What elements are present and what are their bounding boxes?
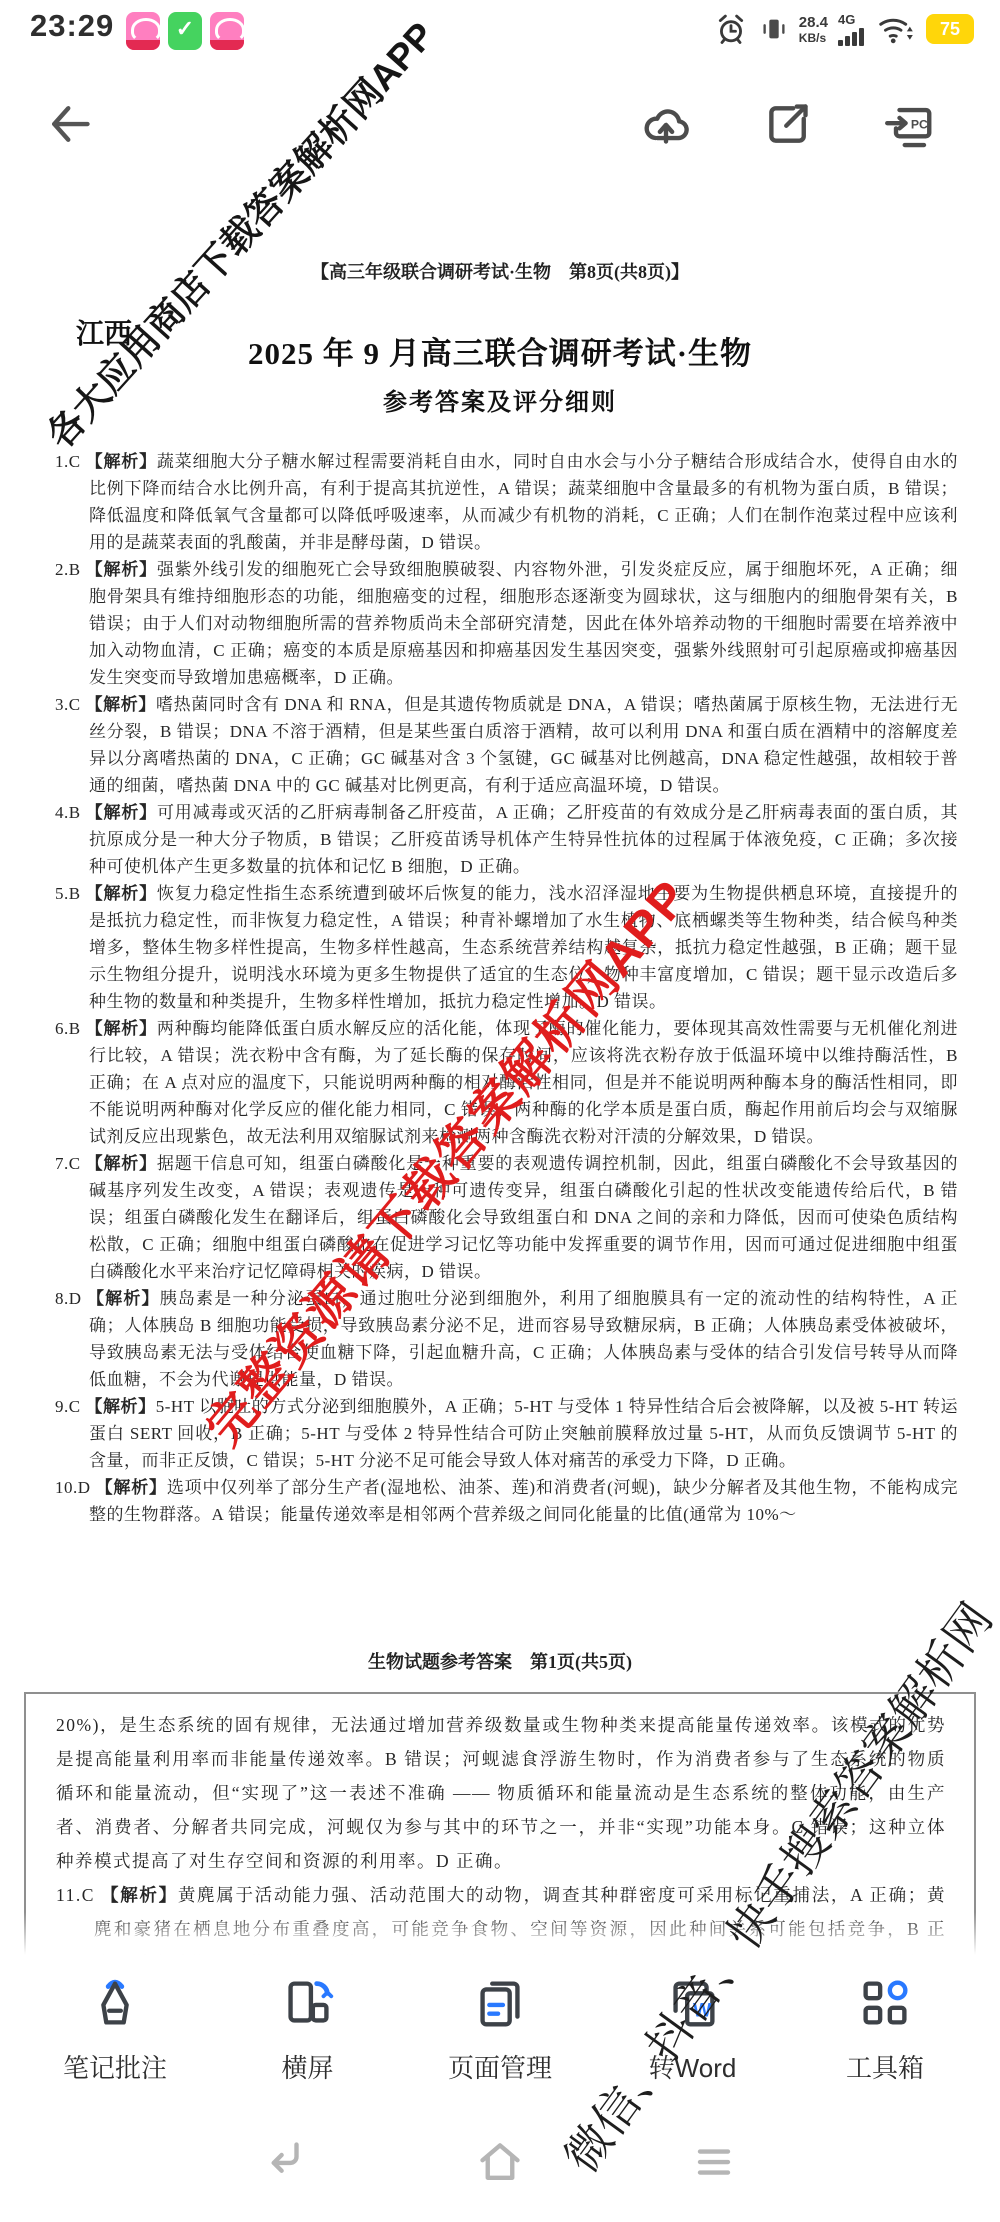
answer-continuation: 20%)，是生态系统的固有规律，无法通过增加营养级数量或生物种类来提高能量传递效… <box>56 1708 946 1878</box>
icon-banner <box>126 40 160 50</box>
answer-item: 3.C 【解析】嗜热菌同时含有 DNA 和 RNA，但是其遗传物质就是 DNA，… <box>55 691 958 799</box>
answer-body: 嗜热菌同时含有 DNA 和 RNA，但是其遗传物质就是 DNA，A 错误；嗜热菌… <box>89 695 958 795</box>
answer-body: 可用减毒或灭活的乙肝病毒制备乙肝疫苗，A 正确；乙肝疫苗的有效成分是乙肝病毒表面… <box>89 803 958 876</box>
cellular-indicator: 4G <box>838 13 864 46</box>
page-manage-button[interactable]: 页面管理 <box>425 1972 575 2110</box>
reader-toolbar: PC <box>0 78 1000 178</box>
wifi-icon <box>874 10 916 48</box>
toolbox-button[interactable]: 工具箱 <box>810 1972 960 2110</box>
answer-label: 【解析】 <box>96 1478 167 1497</box>
network-type: 4G <box>838 13 855 26</box>
alarm-icon <box>713 10 749 48</box>
answer-head: 2.B <box>55 560 81 579</box>
answer-label: 【解析】 <box>86 884 157 903</box>
network-speed: 28.4 KB/s <box>799 15 828 44</box>
battery-icon: 75 <box>926 14 974 44</box>
page1-footer: 生物试题参考答案 第1页(共5页) <box>0 1648 1000 1674</box>
answer-label: 【解析】 <box>86 560 157 579</box>
bottom-toolbar: 笔记批注 横屏 页面管理 <box>0 1958 1000 2110</box>
answer-body: 蔬菜细胞大分子糖水解过程需要消耗自由水，同时自由水会与小分子糖结合形成结合水，使… <box>89 452 958 552</box>
speed-value: 28.4 <box>799 15 828 30</box>
answer-item: 9.C 【解析】5-HT 以胞吐的方式分泌到细胞膜外，A 正确；5-HT 与受体… <box>55 1393 958 1474</box>
answer-head: 4.B <box>55 803 81 822</box>
answer-item: 2.B 【解析】强紫外线引发的细胞死亡会导致细胞膜破裂、内容物外泄，引发炎症反应… <box>55 556 958 691</box>
rotate-screen-icon <box>277 1972 339 2034</box>
send-to-pc-icon[interactable]: PC <box>882 96 938 152</box>
notification-app-icon <box>126 12 160 50</box>
answer-head: 11.C <box>56 1885 95 1905</box>
page-header: 【高三年级联合调研考试·生物 第8页(共8页)】 <box>0 258 1000 284</box>
answer-label: 【解析】 <box>87 1289 160 1308</box>
answer-label: 【解析】 <box>86 803 157 822</box>
answer-label: 【解析】 <box>85 695 156 714</box>
answer-head: 10.D <box>55 1478 91 1497</box>
answer-body: 强紫外线引发的细胞死亡会导致细胞膜破裂、内容物外泄，引发炎症反应，属于细胞坏死，… <box>89 560 958 687</box>
answer-head: 8.D <box>55 1289 82 1308</box>
toolbar-label: 横屏 <box>281 2048 333 2085</box>
signal-bars-icon <box>838 28 864 46</box>
system-nav-bar <box>0 2110 1000 2222</box>
scribble-glyph <box>131 18 160 42</box>
page-fade-overlay <box>0 1912 1000 1962</box>
pen-annotate-icon <box>84 1972 146 2034</box>
answer-item: 10.D 【解析】选项中仅列举了部分生产者(湿地松、油茶、莲)和消费者(河蚬)，… <box>55 1474 958 1528</box>
answer-head: 9.C <box>55 1397 81 1416</box>
answer-head: 7.C <box>55 1154 81 1173</box>
notification-icons: ✓ <box>126 12 244 50</box>
answer-item: 1.C 【解析】蔬菜细胞大分子糖水解过程需要消耗自由水，同时自由水会与小分子糖结… <box>55 448 958 556</box>
answer-body: 选项中仅列举了部分生产者(湿地松、油茶、莲)和消费者(河蚬)，缺少分解者及其他生… <box>89 1478 958 1524</box>
answer-item: 8.D 【解析】胰岛素是一种分泌蛋白，通过胞吐分泌到细胞外，利用了细胞膜具有一定… <box>55 1285 958 1393</box>
answer-label: 【解析】 <box>86 452 157 471</box>
answer-body: 胰岛素是一种分泌蛋白，通过胞吐分泌到细胞外，利用了细胞膜具有一定的流动性的结构特… <box>89 1289 958 1389</box>
answer-item: 5.B 【解析】恢复力稳定性指生态系统遭到破坏后恢复的能力，浅水沼泽湿地主要为生… <box>55 880 958 1015</box>
scribble-glyph <box>215 18 244 42</box>
clock-time: 23:29 <box>30 8 114 44</box>
answer-head: 6.B <box>55 1019 81 1038</box>
toolbar-label: 转Word <box>649 2048 737 2085</box>
check-glyph: ✓ <box>176 16 194 42</box>
answer-body: 恢复力稳定性指生态系统遭到破坏后恢复的能力，浅水沼泽湿地主要为生物提供栖息环境，… <box>89 884 958 1011</box>
exam-subtitle: 参考答案及评分细则 <box>0 382 1000 417</box>
nav-menu-icon[interactable] <box>686 2134 742 2190</box>
answer-label: 【解析】 <box>86 1019 157 1038</box>
answer-item: 7.C 【解析】据题干信息可知，组蛋白磷酸化是一种重要的表观遗传调控机制，因此，… <box>55 1150 958 1285</box>
convert-to-word-button[interactable]: W 转Word <box>618 1972 768 2110</box>
battery-percent: 75 <box>940 19 960 40</box>
status-bar: 23:29 ✓ 28.4 K <box>0 0 1000 62</box>
notes-annotate-button[interactable]: 笔记批注 <box>40 1972 190 2110</box>
toolbox-icon <box>854 1972 916 2034</box>
answer-body: 两种酶均能降低蛋白质水解反应的活化能，体现了酶的催化能力，要体现其高效性需要与无… <box>89 1019 958 1146</box>
answer-body: 据题干信息可知，组蛋白磷酸化是一种重要的表观遗传调控机制，因此，组蛋白磷酸化不会… <box>89 1154 958 1281</box>
answer-head: 1.C <box>55 452 81 471</box>
exam-title: 2025 年 9 月高三联合调研考试·生物 <box>0 328 1000 373</box>
answer-label: 【解析】 <box>85 1397 155 1416</box>
notification-app-icon <box>210 12 244 50</box>
toolbar-label: 工具箱 <box>846 2048 924 2085</box>
vibrate-icon <box>759 10 789 48</box>
cloud-upload-icon[interactable] <box>638 96 694 152</box>
check-notification-icon: ✓ <box>168 12 202 50</box>
answer-body: 5-HT 以胞吐的方式分泌到细胞膜外，A 正确；5-HT 与受体 1 特异性结合… <box>89 1397 958 1470</box>
app-screen: 23:29 ✓ 28.4 K <box>0 0 1000 2222</box>
pc-badge: PC <box>911 117 928 131</box>
speed-unit: KB/s <box>799 32 826 44</box>
rotate-screen-button[interactable]: 横屏 <box>233 1972 383 2110</box>
answer-head: 3.C <box>55 695 81 714</box>
toolbar-label: 页面管理 <box>448 2048 552 2085</box>
status-indicators: 28.4 KB/s 4G 75 <box>713 10 974 48</box>
back-icon[interactable] <box>42 96 98 152</box>
answer-item: 6.B 【解析】两种酶均能降低蛋白质水解反应的活化能，体现了酶的催化能力，要体现… <box>55 1015 958 1150</box>
page-manage-icon <box>469 1972 531 2034</box>
answer-label: 【解析】 <box>101 1885 178 1905</box>
edit-share-icon[interactable] <box>760 96 816 152</box>
answer-item: 4.B 【解析】可用减毒或灭活的乙肝病毒制备乙肝疫苗，A 正确；乙肝疫苗的有效成… <box>55 799 958 880</box>
answer-head: 5.B <box>55 884 81 903</box>
answers-list: 1.C 【解析】蔬菜细胞大分子糖水解过程需要消耗自由水，同时自由水会与小分子糖结… <box>0 448 1000 1528</box>
icon-banner <box>210 40 244 50</box>
word-badge: W <box>693 2000 712 2022</box>
answer-label: 【解析】 <box>86 1154 157 1173</box>
to-word-icon: W <box>662 1972 724 2034</box>
nav-home-icon[interactable] <box>472 2134 528 2190</box>
toolbar-label: 笔记批注 <box>63 2048 167 2085</box>
nav-back-icon[interactable] <box>258 2134 314 2190</box>
